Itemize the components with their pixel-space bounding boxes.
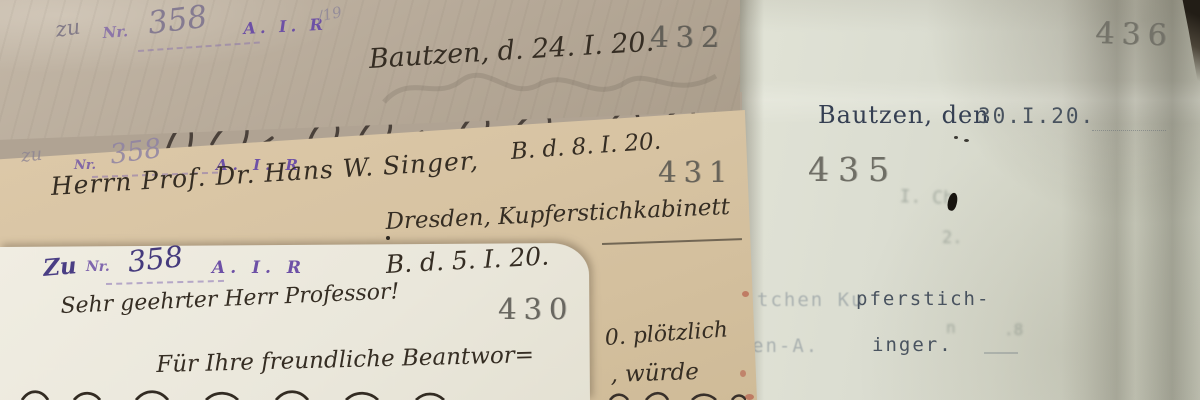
handwriting-fragment [606, 390, 746, 400]
handwritten-zu: Zu [42, 252, 78, 282]
red-stain [745, 394, 754, 400]
page-number-435: 435 [808, 150, 898, 189]
typed-line: inger. [872, 334, 953, 356]
page-number-432: 432 [650, 20, 726, 54]
letterhead-bautzen: Bautzen, den [818, 101, 990, 129]
bleedthrough-text: 2. [942, 228, 962, 248]
bleedthrough-text: .8 [1004, 320, 1023, 339]
typed-line: pferstich- [856, 288, 990, 310]
page-number-430: 430 [498, 292, 574, 326]
archive-scan: 436 Bautzen, den 30.I.20. 435 I. Ch 2. n… [0, 0, 1200, 400]
page-number-431: 431 [658, 155, 734, 189]
ink-speck [954, 136, 958, 139]
case-number: 358 [126, 239, 185, 279]
stamp-initials: A. I. R [212, 258, 306, 278]
bleedthrough-text: I. Ch [899, 186, 954, 209]
faint-dash [984, 352, 1018, 354]
case-number: 358 [146, 0, 209, 42]
ink-speck [386, 236, 390, 240]
dotted-rule [1092, 130, 1166, 131]
body-fragment: , würde [610, 359, 699, 388]
typed-line-faint: tchen Ku [757, 289, 865, 311]
red-stain [740, 370, 746, 377]
handwritten-zu: zu [54, 15, 82, 42]
typed-date-436: 30.I.20. [978, 104, 1095, 128]
page-number-436: 436 [1095, 16, 1174, 54]
ink-speck [964, 139, 969, 142]
handwriting-fragment [16, 388, 446, 400]
stamp-nr: Nr. [86, 259, 110, 275]
red-stain [742, 291, 749, 297]
handwritten-zu: zu [20, 144, 43, 167]
stamp-nr: Nr. [102, 22, 129, 42]
